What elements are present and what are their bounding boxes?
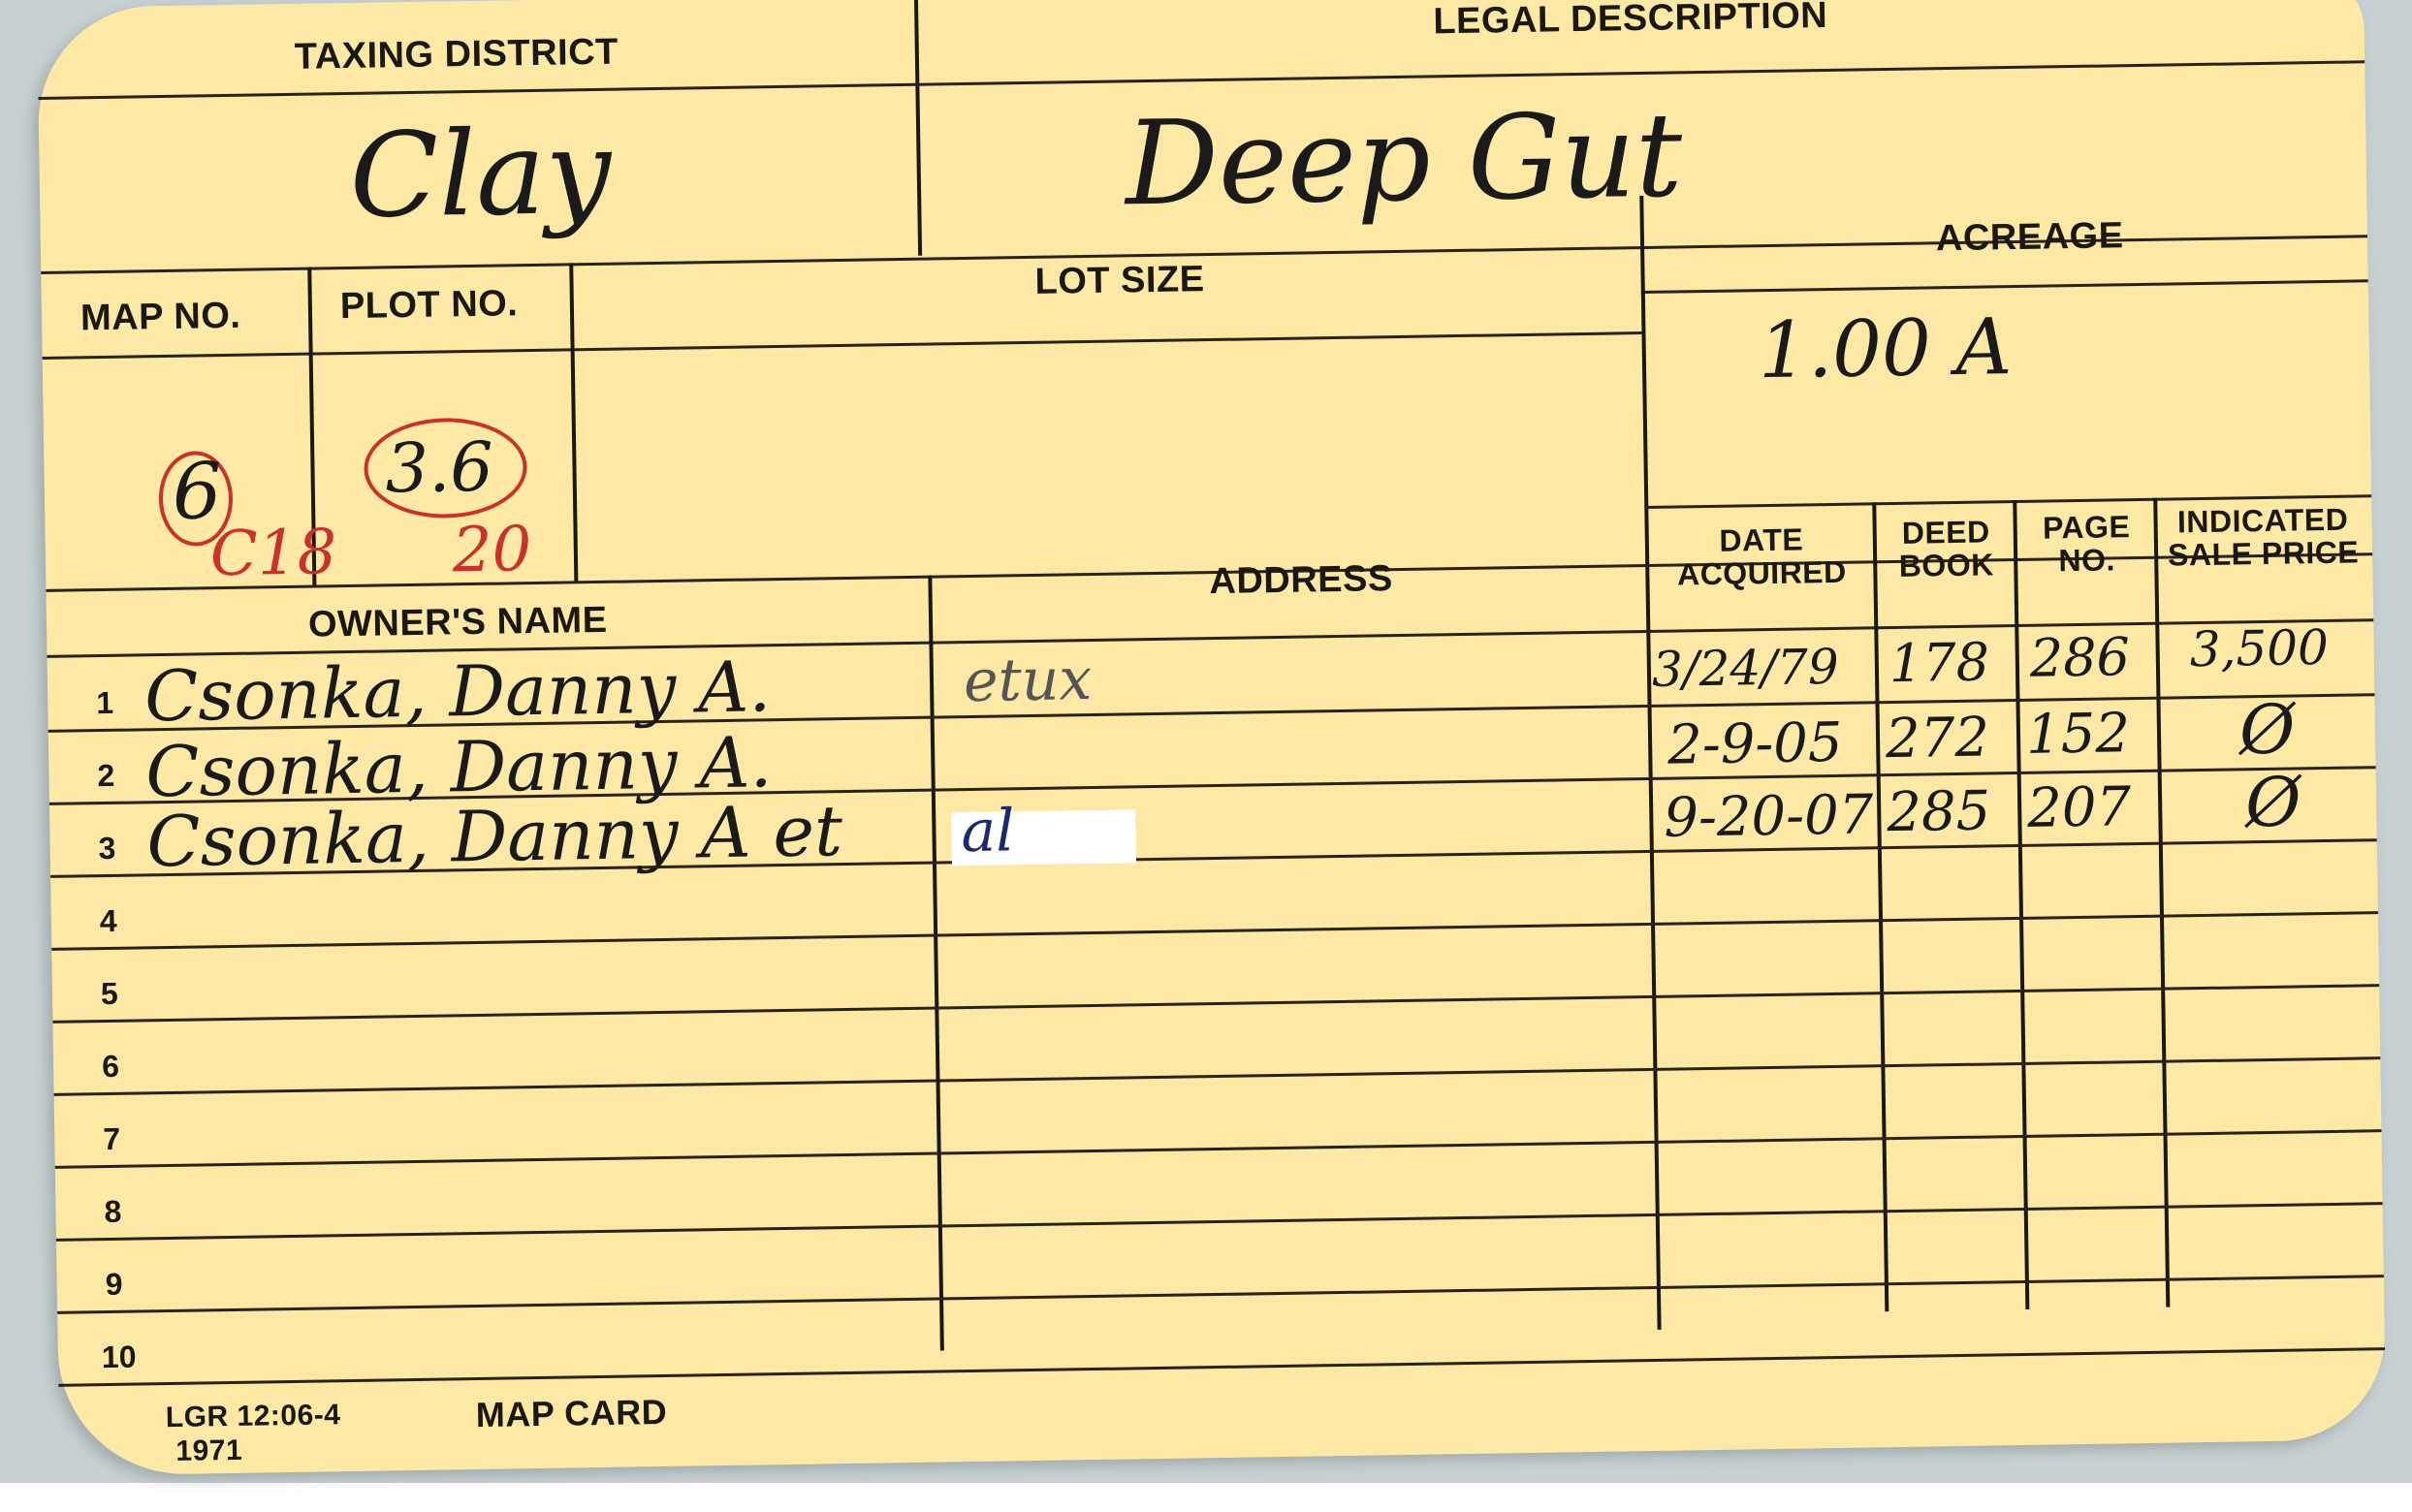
map-no-sub-value: C18: [209, 517, 337, 590]
divider-vertical: [2013, 500, 2029, 1309]
row-divider: [51, 911, 2378, 951]
row-number: 4: [100, 903, 117, 939]
row-divider: [55, 1129, 2382, 1169]
divider-horizontal: [1641, 279, 2368, 294]
date-acquired: 3/24/79: [1651, 639, 1839, 698]
row-number: 6: [102, 1049, 119, 1085]
map-card: TAXING DISTRICT LEGAL DESCRIPTION Clay D…: [37, 0, 2387, 1476]
sale-price: Ø: [2245, 762, 2302, 842]
row-divider: [58, 1347, 2385, 1387]
divider-vertical: [2153, 498, 2170, 1307]
owner-address: etux: [963, 646, 1092, 715]
row-divider: [57, 1275, 2384, 1314]
owner-name-suffix: al: [961, 797, 1015, 866]
divider-horizontal: [43, 331, 1642, 360]
row-number: 7: [103, 1121, 120, 1157]
plot-no-sub-value: 20: [452, 514, 532, 586]
legal-description-label: LEGAL DESCRIPTION: [1433, 0, 1827, 43]
divider-vertical: [1872, 502, 1888, 1311]
row-number: 9: [105, 1267, 122, 1303]
page-no: 152: [2026, 702, 2131, 767]
plot-no-label: PLOT NO.: [340, 283, 519, 328]
row-divider: [54, 1056, 2381, 1096]
form-year: 1971: [175, 1434, 242, 1468]
form-id: LGR 12:06-4: [166, 1399, 341, 1434]
scan-bottom-margin: [0, 1483, 2412, 1512]
row-number: 8: [104, 1194, 121, 1230]
divider-vertical: [928, 576, 944, 1351]
divider-vertical: [569, 263, 578, 583]
owner-name: Csonka, Danny A et: [146, 790, 843, 882]
sale-price: 3,500: [2189, 619, 2329, 677]
divider-vertical: [1639, 196, 1661, 1330]
sale-price: Ø: [2238, 690, 2296, 771]
map-no-label: MAP NO.: [80, 296, 241, 340]
row-divider: [56, 1202, 2383, 1242]
deed-book: 178: [1888, 631, 1989, 694]
sale-price-label: INDICATED SALE PRICE: [2158, 502, 2367, 571]
deed-book: 272: [1886, 706, 1990, 771]
acreage-value: 1.00 A: [1758, 301, 2013, 395]
lot-size-label: LOT SIZE: [1034, 259, 1205, 303]
taxing-district-label: TAXING DISTRICT: [295, 32, 619, 79]
divider-vertical: [914, 0, 922, 256]
deed-book: 285: [1887, 779, 1991, 844]
legal-description-value: Deep Gut: [1125, 88, 1684, 232]
row-divider: [52, 984, 2379, 1024]
date-acquired: 9-20-07: [1664, 783, 1874, 849]
form-title: MAP CARD: [476, 1392, 668, 1435]
date-acquired-label: DATE ACQUIRED: [1665, 522, 1859, 591]
row-number: 5: [101, 976, 118, 1012]
deed-book-label: DEED BOOK: [1880, 515, 2012, 583]
row-number: 1: [96, 685, 113, 721]
page-no-label: PAGE NO.: [2020, 510, 2152, 578]
page-no: 207: [2027, 775, 2132, 840]
row-number: 3: [98, 831, 115, 866]
page-no: 286: [2029, 626, 2130, 689]
date-acquired: 2-9-05: [1667, 711, 1843, 777]
acreage-label: ACREAGE: [1936, 215, 2124, 260]
row-number: 10: [102, 1339, 137, 1376]
address-label: ADDRESS: [1209, 558, 1393, 603]
taxing-district-value: Clay: [349, 106, 613, 244]
plot-no-value: 3.6: [385, 427, 494, 509]
row-number: 2: [97, 758, 114, 794]
owners-name-label: OWNER'S NAME: [308, 600, 608, 646]
